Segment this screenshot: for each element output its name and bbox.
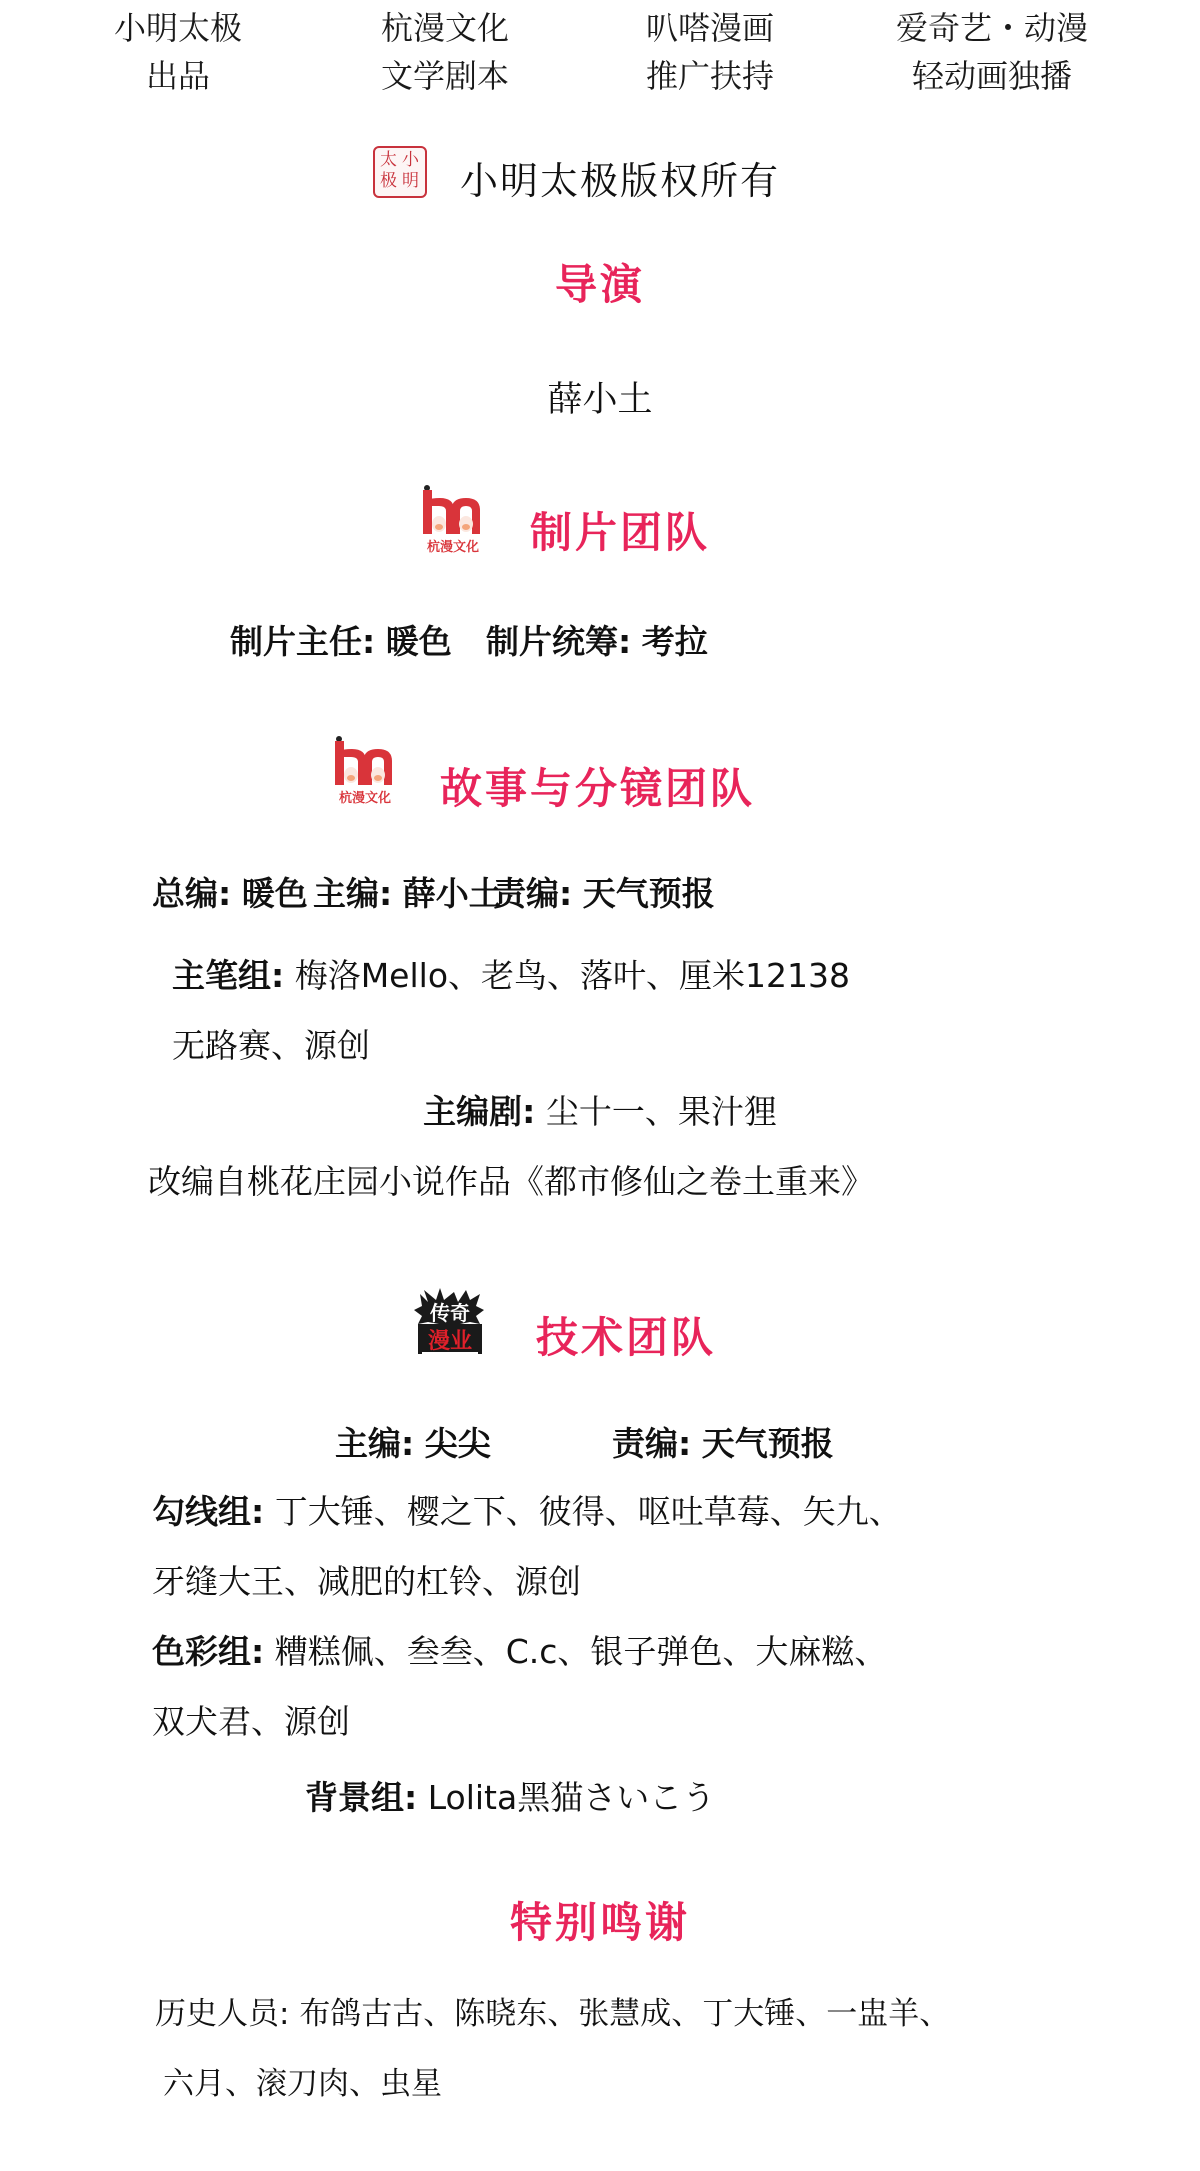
color-line-1: 色彩组: 糟糕佩、叁叁、C.c、银子弹色、大麻糍、 [152, 1626, 887, 1673]
svg-text:漫业: 漫业 [428, 1328, 472, 1354]
role-value: 天气预报 [583, 874, 715, 913]
hangman-logo-icon: 杭漫文化 [418, 484, 488, 556]
credit-line: 爱奇艺・动漫 [862, 4, 1122, 52]
hangman-logo-icon: 杭漫文化 [330, 735, 400, 807]
svg-text:传奇: 传奇 [430, 1301, 470, 1325]
group-label: 背景组: [305, 1778, 417, 1817]
role-tech-main-editor: 主编: 尖尖 [335, 1418, 491, 1465]
role-responsible-editor: 责编: 天气预报 [493, 868, 715, 915]
credit-line: 轻动画独播 [862, 52, 1122, 100]
section-heading-tech: 技术团队 [536, 1305, 716, 1365]
screenwriter-line: 主编剧: 尘十一、果汁狸 [0, 1086, 1200, 1133]
role-tech-responsible-editor: 责编: 天气预报 [612, 1418, 834, 1465]
group-members: 糟糕佩、叁叁、C.c、银子弹色、大麻糍、 [275, 1632, 888, 1671]
role-production-director: 制片主任: 暖色 [230, 616, 452, 663]
credit-line: 出品 [48, 52, 308, 100]
section-heading-story: 故事与分镜团队 [440, 756, 755, 816]
role-value: 暖色 [242, 874, 308, 913]
copyright-text: 小明太极版权所有 [460, 150, 780, 205]
writers-line-2: 无路赛、源创 [172, 1020, 370, 1067]
group-members: 丁大锤、樱之下、彼得、呕吐草莓、矢九、 [275, 1492, 902, 1531]
history-line-1: 历史人员: 布鸽古古、陈晓东、张慧成、丁大锤、一盅羊、 [155, 1988, 950, 2033]
role-label: 责编: [612, 1424, 691, 1463]
credit-line: 文学剧本 [315, 52, 575, 100]
role-value: 暖色 [386, 622, 452, 661]
role-label: 制片统筹: [486, 622, 631, 661]
role-label: 总编: [152, 874, 231, 913]
credit-line: 杭漫文化 [315, 4, 575, 52]
lineart-line-1: 勾线组: 丁大锤、樱之下、彼得、呕吐草莓、矢九、 [152, 1486, 902, 1533]
background-line: 背景组: Lolita黑猫さいこう [305, 1772, 715, 1819]
role-label: 主编: [313, 874, 392, 913]
group-members: Lolita黑猫さいこう [428, 1778, 716, 1817]
director-name: 薛小土 [0, 372, 1200, 422]
credit-line: 推广扶持 [580, 52, 840, 100]
role-value: 尖尖 [425, 1424, 491, 1463]
credit-line: 小明太极 [48, 4, 308, 52]
role-label: 主编: [335, 1424, 414, 1463]
group-label: 主编剧: [423, 1092, 535, 1131]
role-chief-editor: 总编: 暖色 [152, 868, 308, 915]
group-label: 色彩组: [152, 1632, 264, 1671]
role-value: 天气预报 [702, 1424, 834, 1463]
credit-producer: 小明太极 出品 [48, 4, 308, 100]
role-value: 考拉 [642, 622, 708, 661]
credit-line: 叭嗒漫画 [580, 4, 840, 52]
section-heading-production: 制片团队 [530, 500, 710, 560]
adaptation-note: 改编自桃花庄园小说作品《都市修仙之卷土重来》 [148, 1156, 874, 1203]
section-heading-thanks: 特别鸣谢 [0, 1890, 1200, 1950]
credit-promotion: 叭嗒漫画 推广扶持 [580, 4, 840, 100]
role-label: 责编: [493, 874, 572, 913]
section-heading-director: 导演 [0, 252, 1200, 312]
svg-text:杭漫文化: 杭漫文化 [427, 539, 479, 555]
role-value: 薛小土 [403, 874, 502, 913]
group-label: 历史人员: [155, 1996, 289, 2032]
lineart-line-2: 牙缝大王、减肥的杠铃、源创 [152, 1556, 581, 1603]
history-line-2: 六月、滚刀肉、虫星 [163, 2058, 442, 2103]
group-label: 勾线组: [152, 1492, 264, 1531]
group-label: 主笔组: [172, 956, 284, 995]
color-line-2: 双犬君、源创 [152, 1696, 350, 1743]
credit-script: 杭漫文化 文学剧本 [315, 4, 575, 100]
svg-text:杭漫文化: 杭漫文化 [339, 790, 391, 806]
role-production-coordinator: 制片统筹: 考拉 [486, 616, 708, 663]
group-members: 梅洛Mello、老鸟、落叶、厘米12138 [295, 956, 850, 995]
chuanqi-manye-logo-icon: 传奇 漫业 [414, 1288, 486, 1362]
role-label: 制片主任: [230, 622, 375, 661]
role-main-editor: 主编: 薛小土 [313, 868, 502, 915]
seal-stamp-icon: 小 明 太 极 [373, 146, 427, 198]
group-members: 布鸽古古、陈晓东、张慧成、丁大锤、一盅羊、 [299, 1996, 950, 2032]
writers-line-1: 主笔组: 梅洛Mello、老鸟、落叶、厘米12138 [172, 950, 850, 997]
group-members: 尘十一、果汁狸 [546, 1092, 777, 1131]
credit-platform: 爱奇艺・动漫 轻动画独播 [862, 4, 1122, 100]
